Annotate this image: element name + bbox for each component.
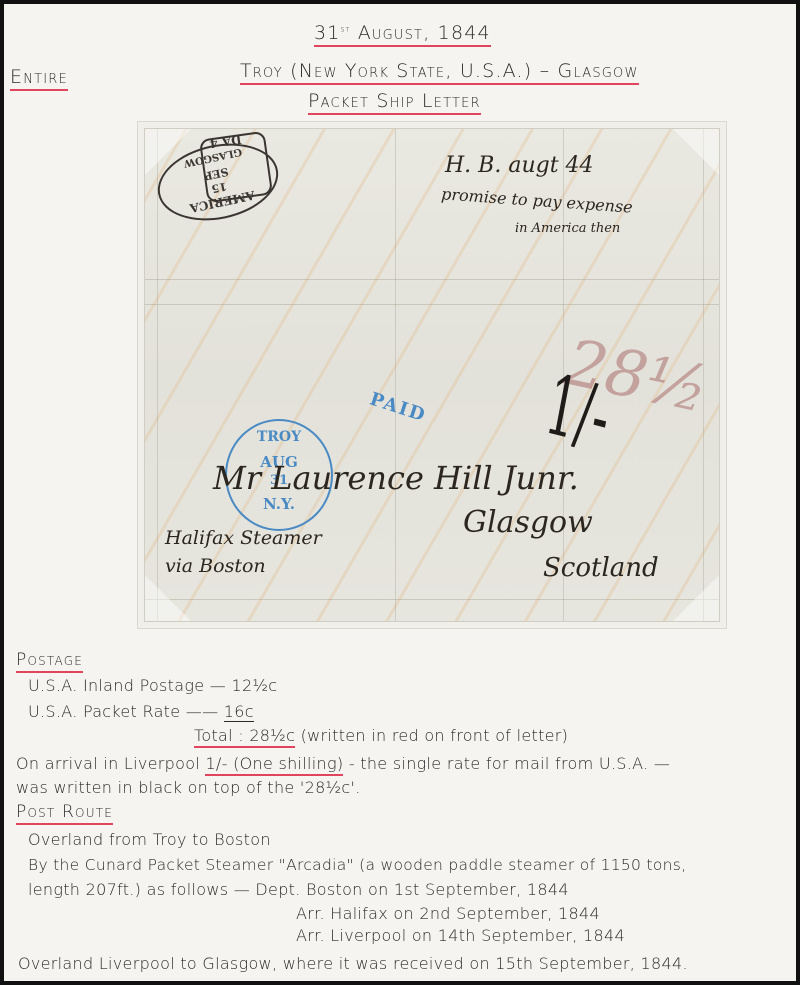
route-line: Overland Liverpool to Glasgow, where it … bbox=[18, 954, 688, 973]
docket-line: in America then bbox=[515, 221, 620, 236]
album-page: 31st August, 1844 Entire Troy (New York … bbox=[4, 4, 796, 981]
postage-heading: Postage bbox=[16, 650, 83, 673]
cds-state: N.Y. bbox=[227, 495, 331, 513]
postal-entire-image: DA 4 GLASGOW SEP 15 AMERICA H. B. augt 4… bbox=[144, 128, 720, 622]
date-suffix: st bbox=[341, 25, 351, 35]
postage-label: U.S.A. Inland Postage — bbox=[28, 676, 226, 695]
fold-line bbox=[157, 129, 158, 621]
fold-line bbox=[145, 279, 719, 280]
postage-total-line: Total : 28½c (written in red on front of… bbox=[194, 726, 568, 745]
addressee-name: Mr Laurence Hill Junr. bbox=[213, 459, 579, 497]
liverpool-rate-line: On arrival in Liverpool 1/- (One shillin… bbox=[16, 754, 670, 773]
postage-line: U.S.A. Inland Postage — 12½c bbox=[28, 676, 277, 695]
postage-total-note: (written in red on front of letter) bbox=[301, 726, 569, 745]
liverpool-rate: 1/- (One shilling) bbox=[205, 754, 343, 776]
postage-total: Total : 28½c bbox=[194, 726, 295, 748]
liverpool-suffix: - the single rate for mail from U.S.A. — bbox=[349, 754, 670, 773]
fold-line bbox=[395, 129, 396, 621]
liverpool-prefix: On arrival in Liverpool bbox=[16, 754, 200, 773]
addressee-city: Glasgow bbox=[463, 505, 593, 540]
cds-town: TROY bbox=[227, 429, 331, 445]
route-line: By the Cunard Packet Steamer "Arcadia" (… bbox=[28, 856, 686, 874]
route-line: length 207ft.) as follows — Dept. Boston… bbox=[28, 880, 569, 899]
black-rate-mark: 1/- bbox=[545, 362, 611, 461]
routing-instruction: via Boston bbox=[165, 555, 266, 577]
postage-label: U.S.A. Packet Rate —— bbox=[28, 702, 218, 721]
routing-instruction: Halifax Steamer bbox=[165, 527, 322, 549]
date-day: 31 bbox=[314, 22, 341, 44]
entire-label: Entire bbox=[10, 66, 68, 91]
route-line: Overland from Troy to Boston bbox=[28, 830, 271, 849]
liverpool-rate-line-2: was written in black on top of the '28½c… bbox=[16, 778, 361, 797]
fold-line bbox=[145, 304, 719, 305]
route-title: Troy (New York State, U.S.A.) – Glasgow bbox=[240, 60, 639, 85]
postage-value: 12½c bbox=[231, 676, 277, 695]
post-route-heading: Post Route bbox=[16, 802, 113, 825]
addressee-country: Scotland bbox=[543, 553, 659, 583]
date-rest: August, 1844 bbox=[358, 22, 491, 44]
docket-line: H. B. augt 44 bbox=[445, 153, 594, 178]
route-line: Arr. Halifax on 2nd September, 1844 bbox=[296, 904, 600, 923]
page-date: 31st August, 1844 bbox=[314, 22, 491, 47]
postage-line: U.S.A. Packet Rate —— 16c bbox=[28, 702, 254, 721]
fold-line bbox=[145, 599, 719, 600]
postage-value: 16c bbox=[224, 702, 254, 722]
page-subtitle: Packet Ship Letter bbox=[308, 90, 481, 115]
route-line: Arr. Liverpool on 14th September, 1844 bbox=[296, 926, 625, 945]
